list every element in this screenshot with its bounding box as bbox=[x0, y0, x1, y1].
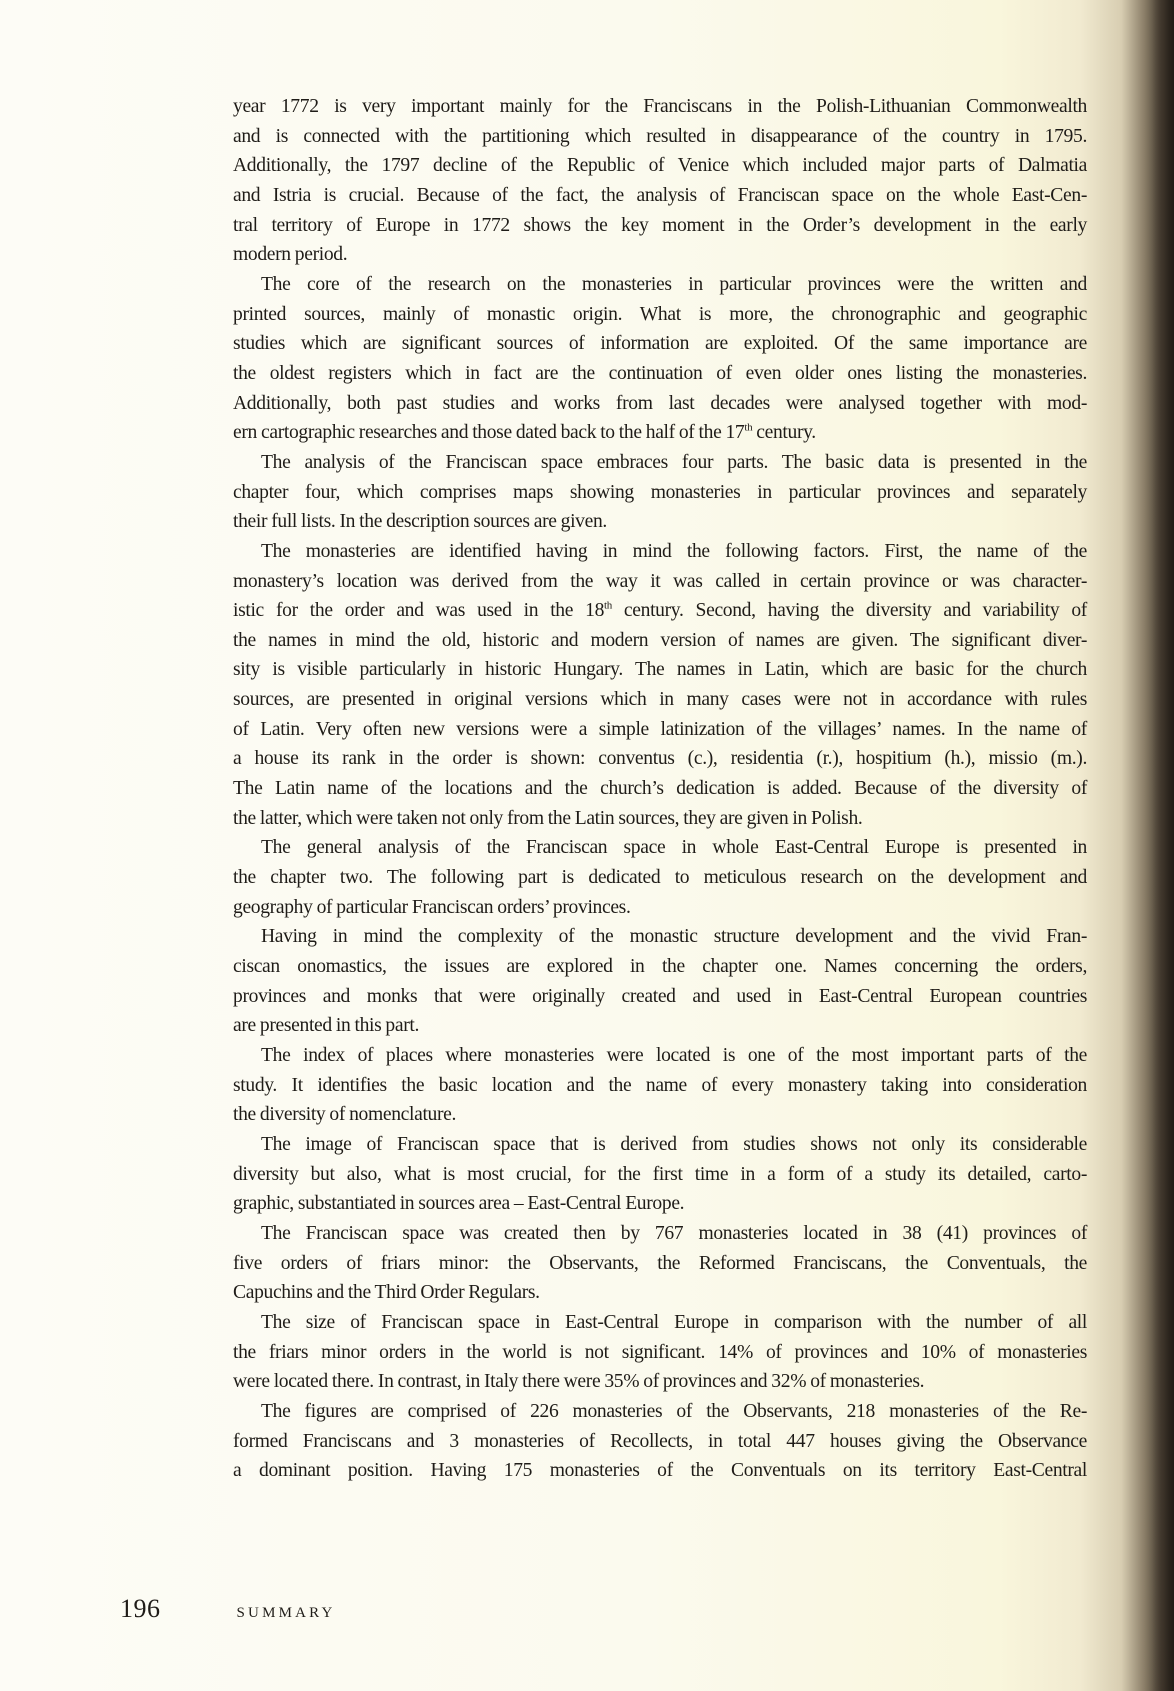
text-line: and is connected with the partitioning w… bbox=[233, 122, 1087, 152]
text-line: formed Franciscans and 3 monasteries of … bbox=[233, 1427, 1087, 1457]
text-line: Additionally, both past studies and work… bbox=[233, 389, 1087, 419]
text-line: and Istria is crucial. Because of the fa… bbox=[233, 181, 1087, 211]
page-number: 196 bbox=[120, 1594, 161, 1624]
text-line: study. It identifies the basic location … bbox=[233, 1071, 1087, 1101]
text-line: the oldest registers which in fact are t… bbox=[233, 359, 1087, 389]
text-line: Having in mind the complexity of the mon… bbox=[233, 922, 1087, 952]
text-line: Additionally, the 1797 decline of the Re… bbox=[233, 151, 1087, 181]
text-line: are presented in this part. bbox=[233, 1011, 1087, 1041]
book-page: year 1772 is very important mainly for t… bbox=[0, 0, 1174, 1691]
text-line: sources, are presented in original versi… bbox=[233, 685, 1087, 715]
text-line: The general analysis of the Franciscan s… bbox=[233, 833, 1087, 863]
text-line: monastery’s location was derived from th… bbox=[233, 567, 1087, 597]
text-line: printed sources, mainly of monastic orig… bbox=[233, 300, 1087, 330]
running-head: SUMMARY bbox=[237, 1605, 336, 1622]
text-line: chapter four, which comprises maps showi… bbox=[233, 478, 1087, 508]
text-line: the latter, which were taken not only fr… bbox=[233, 804, 1087, 834]
text-line: The image of Franciscan space that is de… bbox=[233, 1130, 1087, 1160]
text-line: The core of the research on the monaster… bbox=[233, 270, 1087, 300]
text-line: five orders of friars minor: the Observa… bbox=[233, 1249, 1087, 1279]
text-line: The figures are comprised of 226 monaste… bbox=[233, 1397, 1087, 1427]
text-line: ciscan onomastics, the issues are explor… bbox=[233, 952, 1087, 982]
text-line: The index of places where monasteries we… bbox=[233, 1041, 1087, 1071]
text-line: geography of particular Franciscan order… bbox=[233, 893, 1087, 923]
text-line: provinces and monks that were originally… bbox=[233, 982, 1087, 1012]
text-line: modern period. bbox=[233, 240, 1087, 270]
text-line: ern cartographic researches and those da… bbox=[233, 418, 1087, 448]
text-line: the chapter two. The following part is d… bbox=[233, 863, 1087, 893]
page-footer: 196 SUMMARY bbox=[120, 1594, 336, 1624]
text-line: diversity but also, what is most crucial… bbox=[233, 1160, 1087, 1190]
text-line: a dominant position. Having 175 monaster… bbox=[233, 1456, 1087, 1486]
text-line: the names in mind the old, historic and … bbox=[233, 626, 1087, 656]
text-line: were located there. In contrast, in Ital… bbox=[233, 1367, 1087, 1397]
text-line: their full lists. In the description sou… bbox=[233, 507, 1087, 537]
text-line: The Latin name of the locations and the … bbox=[233, 774, 1087, 804]
body-text: year 1772 is very important mainly for t… bbox=[233, 92, 1087, 1486]
text-line: tral territory of Europe in 1772 shows t… bbox=[233, 211, 1087, 241]
text-line: The analysis of the Franciscan space emb… bbox=[233, 448, 1087, 478]
text-line: The monasteries are identified having in… bbox=[233, 537, 1087, 567]
spine-shadow bbox=[1152, 0, 1174, 1691]
text-line: year 1772 is very important mainly for t… bbox=[233, 92, 1087, 122]
text-line: the friars minor orders in the world is … bbox=[233, 1338, 1087, 1368]
text-line: a house its rank in the order is shown: … bbox=[233, 744, 1087, 774]
text-line: The Franciscan space was created then by… bbox=[233, 1219, 1087, 1249]
text-line: graphic, substantiated in sources area –… bbox=[233, 1189, 1087, 1219]
text-line: istic for the order and was used in the … bbox=[233, 596, 1087, 626]
text-line: of Latin. Very often new versions were a… bbox=[233, 715, 1087, 745]
text-line: the diversity of nomenclature. bbox=[233, 1100, 1087, 1130]
text-line: The size of Franciscan space in East-Cen… bbox=[233, 1308, 1087, 1338]
text-line: studies which are significant sources of… bbox=[233, 329, 1087, 359]
text-line: sity is visible particularly in historic… bbox=[233, 655, 1087, 685]
text-line: Capuchins and the Third Order Regulars. bbox=[233, 1278, 1087, 1308]
